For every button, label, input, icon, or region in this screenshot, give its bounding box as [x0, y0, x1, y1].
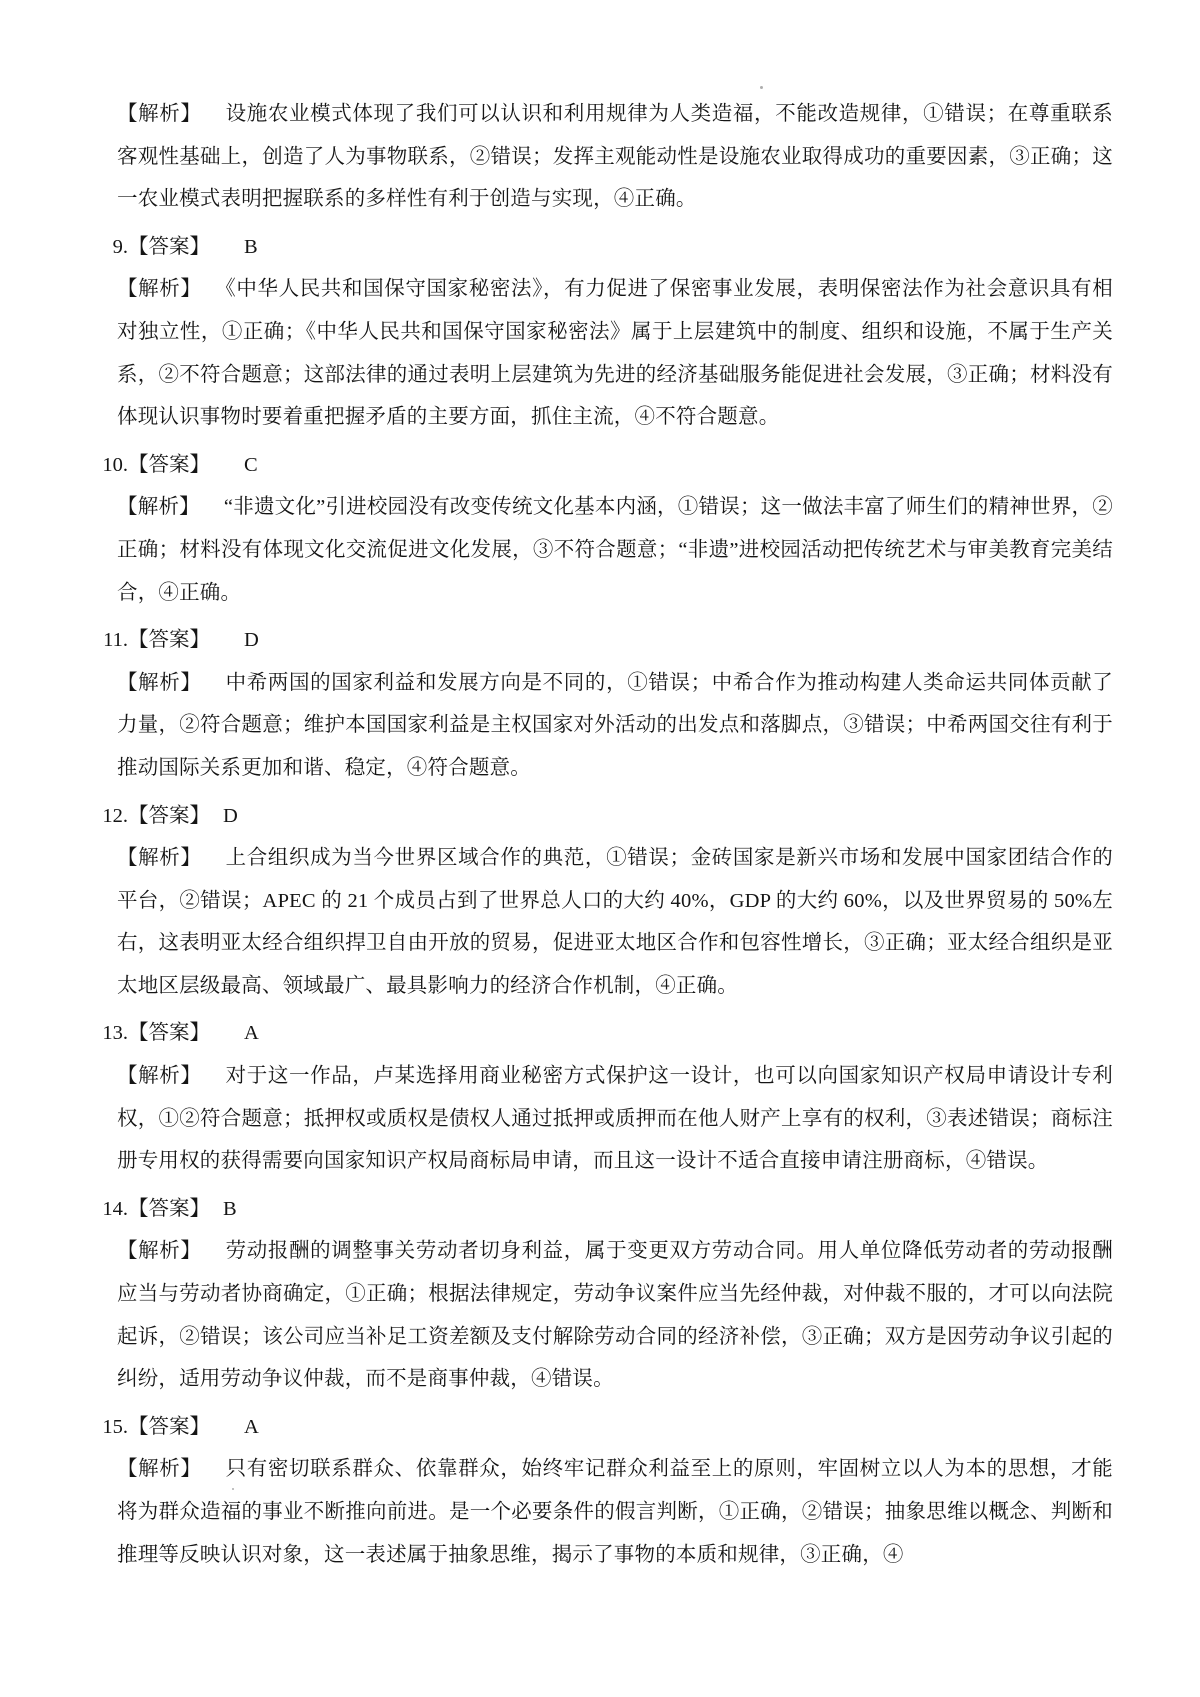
explanation-text: 《中华人民共和国保守国家秘密法》，有力促进了保密事业发展，表明保密法作为社会意识… [117, 278, 1113, 428]
scan-speck [760, 86, 763, 89]
explanation-text: 对于这一作品，卢某选择用商业秘密方式保护这一设计，也可以向国家知识产权局申请设计… [117, 1065, 1113, 1172]
answer-line: 15.【答案】A [117, 1406, 1113, 1449]
answer-label: 【答案】 [128, 454, 210, 476]
explanation-label: 【解析】 [117, 103, 202, 125]
question-number: 15. [102, 1406, 128, 1449]
qa-item-11: 11.【答案】D 【解析】中希两国的国家利益和发展方向是不同的，①错误；中希合作… [117, 619, 1113, 789]
explanation-text: 上合组织成为当今世界区域合作的典范，①错误；金砖国家是新兴市场和发展中国家团结合… [117, 847, 1113, 997]
explanation-paragraph: 【解析】劳动报酬的调整事关劳动者切身利益，属于变更双方劳动合同。用人单位降低劳动… [117, 1230, 1113, 1400]
explanation-label: 【解析】 [117, 1065, 202, 1087]
explanation-label: 【解析】 [117, 672, 202, 694]
qa-item-9: 9.【答案】B 【解析】《中华人民共和国保守国家秘密法》，有力促进了保密事业发展… [117, 226, 1113, 439]
question-number: 11. [102, 619, 128, 662]
explanation-text: 劳动报酬的调整事关劳动者切身利益，属于变更双方劳动合同。用人单位降低劳动者的劳动… [117, 1240, 1113, 1390]
answer-line: 9.【答案】B [117, 226, 1113, 269]
answer-line: 13.【答案】A [117, 1012, 1113, 1055]
answer-line: 10.【答案】C [117, 444, 1113, 487]
explanation-label: 【解析】 [117, 1240, 202, 1262]
explanation-label: 【解析】 [117, 1458, 202, 1480]
explanation-paragraph: 【解析】设施农业模式体现了我们可以认识和利用规律为人类造福，不能改造规律，①错误… [117, 93, 1113, 221]
explanation-paragraph: 【解析】中希两国的国家利益和发展方向是不同的，①错误；中希合作为推动构建人类命运… [117, 662, 1113, 790]
qa-item-14: 14.【答案】B 【解析】劳动报酬的调整事关劳动者切身利益，属于变更双方劳动合同… [117, 1188, 1113, 1401]
explanation-label: 【解析】 [117, 847, 202, 869]
question-number: 13. [102, 1012, 128, 1055]
explanation-paragraph: 【解析】《中华人民共和国保守国家秘密法》，有力促进了保密事业发展，表明保密法作为… [117, 268, 1113, 438]
answer-label: 【答案】 [128, 629, 210, 651]
explanation-text: 设施农业模式体现了我们可以认识和利用规律为人类造福，不能改造规律，①错误；在尊重… [117, 103, 1113, 210]
answer-line: 12.【答案】D [117, 795, 1113, 838]
answer-value: A [244, 1416, 259, 1438]
qa-item-10: 10.【答案】C 【解析】“非遗文化”引进校园没有改变传统文化基本内涵，①错误；… [117, 444, 1113, 614]
question-number: 9. [102, 226, 128, 269]
question-number: 12. [102, 795, 128, 838]
answer-value: C [244, 454, 258, 476]
explanation-paragraph: 【解析】“非遗文化”引进校园没有改变传统文化基本内涵，①错误；这一做法丰富了师生… [117, 486, 1113, 614]
explanation-paragraph: 【解析】只有密切联系群众、依靠群众，始终牢记群众利益至上的原则，牢固树立以人为本… [117, 1448, 1113, 1576]
answer-value: B [244, 236, 258, 258]
explanation-paragraph: 【解析】对于这一作品，卢某选择用商业秘密方式保护这一设计，也可以向国家知识产权局… [117, 1055, 1113, 1183]
explanation-label: 【解析】 [117, 278, 202, 300]
qa-item-15: 15.【答案】A 【解析】只有密切联系群众、依靠群众，始终牢记群众利益至上的原则… [117, 1406, 1113, 1576]
answer-key-content: 【解析】设施农业模式体现了我们可以认识和利用规律为人类造福，不能改造规律，①错误… [117, 93, 1113, 1576]
answer-line: 11.【答案】D [117, 619, 1113, 662]
answer-line: 14.【答案】B [117, 1188, 1113, 1231]
answer-label: 【答案】 [128, 1022, 210, 1044]
question-number: 10. [102, 444, 128, 487]
answer-value: A [244, 1022, 259, 1044]
explanation-label: 【解析】 [117, 496, 200, 518]
explanation-paragraph: 【解析】上合组织成为当今世界区域合作的典范，①错误；金砖国家是新兴市场和发展中国… [117, 837, 1113, 1007]
answer-key-page: 【解析】设施农业模式体现了我们可以认识和利用规律为人类造福，不能改造规律，①错误… [0, 0, 1200, 1697]
explanation-text: 只有密切联系群众、依靠群众，始终牢记群众利益至上的原则，牢固树立以人为本的思想，… [117, 1458, 1113, 1565]
explanation-text: “非遗文化”引进校园没有改变传统文化基本内涵，①错误；这一做法丰富了师生们的精神… [117, 496, 1113, 603]
answer-value: B [223, 1198, 237, 1220]
answer-label: 【答案】 [128, 805, 210, 827]
answer-value: D [223, 805, 238, 827]
explanation-text: 中希两国的国家利益和发展方向是不同的，①错误；中希合作为推动构建人类命运共同体贡… [117, 672, 1113, 779]
qa-item-13: 13.【答案】A 【解析】对于这一作品，卢某选择用商业秘密方式保护这一设计，也可… [117, 1012, 1113, 1182]
question-number: 14. [102, 1188, 128, 1231]
answer-label: 【答案】 [128, 1416, 210, 1438]
answer-label: 【答案】 [128, 236, 210, 258]
answer-label: 【答案】 [128, 1198, 210, 1220]
qa-item-12: 12.【答案】D 【解析】上合组织成为当今世界区域合作的典范，①错误；金砖国家是… [117, 795, 1113, 1008]
answer-value: D [244, 629, 259, 651]
qa-item-8-continuation: 【解析】设施农业模式体现了我们可以认识和利用规律为人类造福，不能改造规律，①错误… [117, 93, 1113, 221]
